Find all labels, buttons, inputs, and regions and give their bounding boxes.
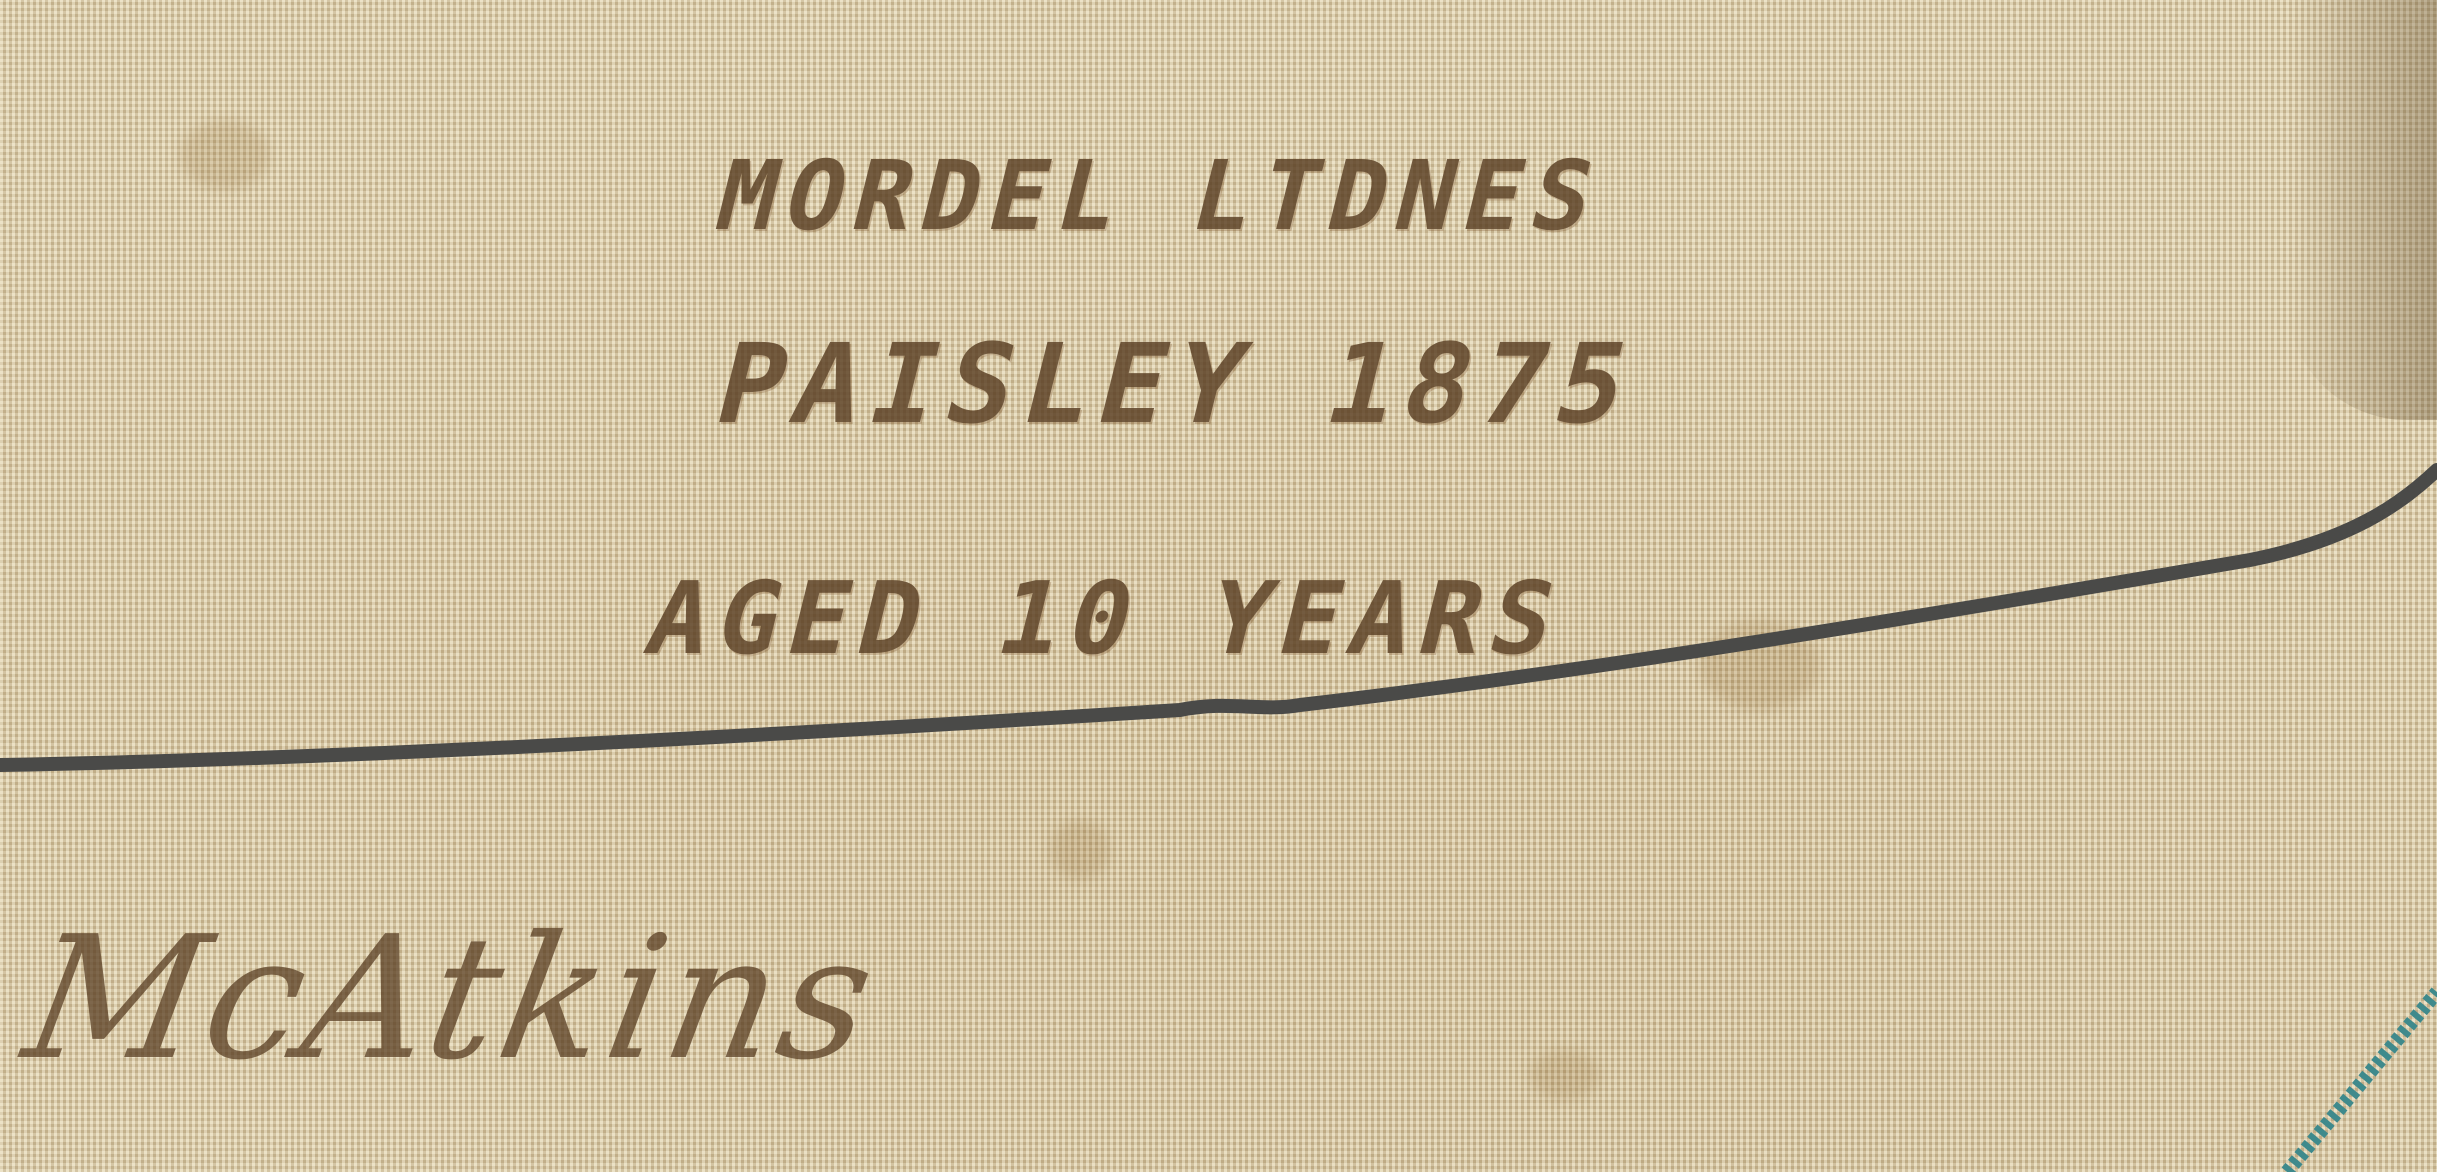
stain [1050, 820, 1110, 880]
stain [1700, 620, 1820, 710]
stain [180, 120, 270, 190]
teal-stitch-line [2217, 952, 2437, 1172]
frame-shadow [2287, 0, 2437, 420]
stitched-line-1: MORDEL LTDNES [706, 140, 1615, 252]
stitched-signature: McAtkins [13, 900, 891, 1098]
stain [1530, 1050, 1600, 1100]
stitched-line-2: PAISLEY 1875 [704, 320, 1651, 448]
stitched-line-3: AGED 10 YEARS [635, 560, 1577, 677]
